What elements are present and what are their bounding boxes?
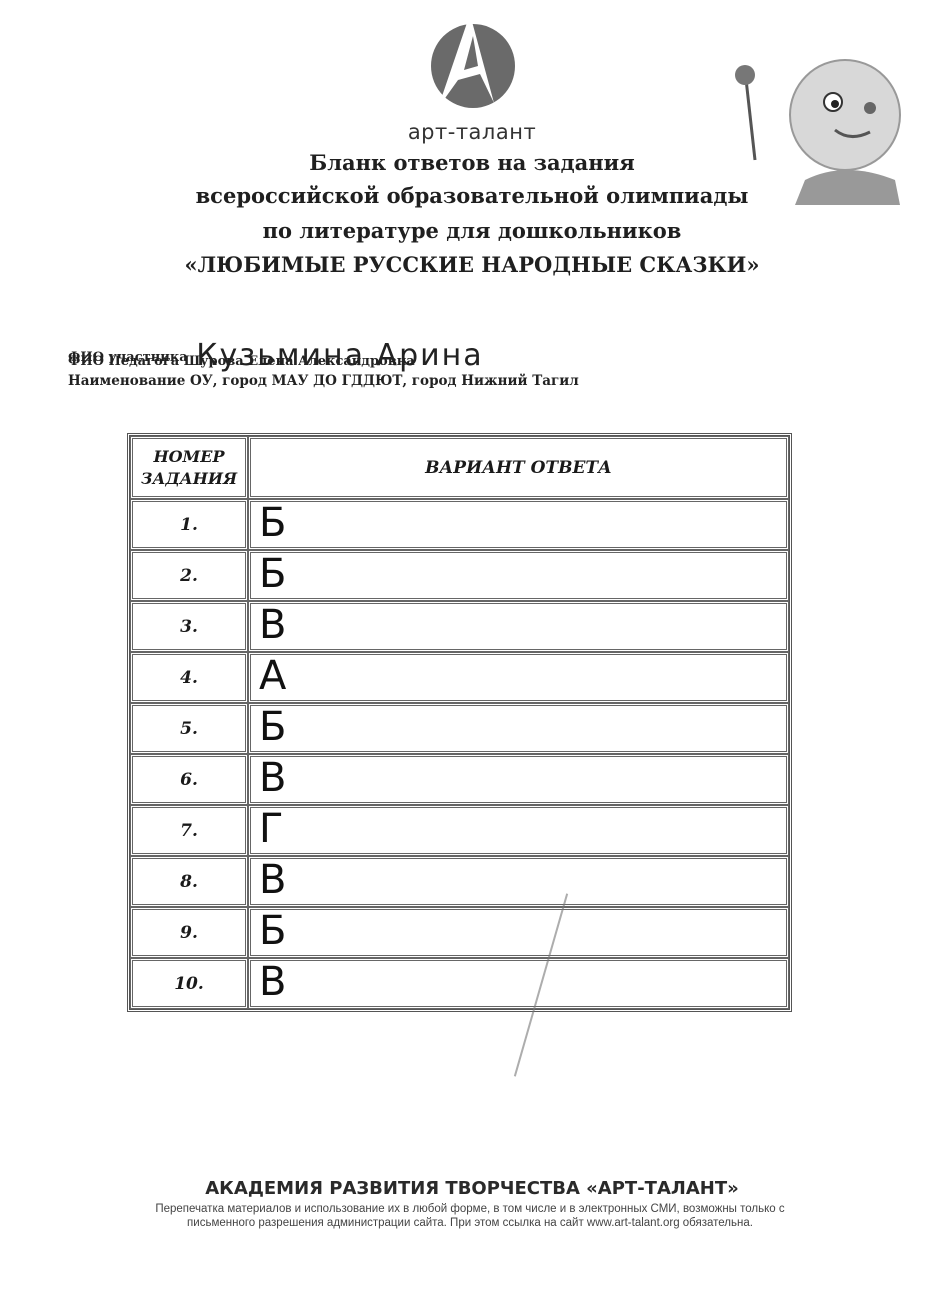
table-row: 6.В [130,754,789,805]
answer-cell: В [248,856,789,907]
organization-name: МАУ ДО ГДДЮТ, город Нижний Тагил [272,373,579,389]
handwritten-answer: В [259,957,286,1007]
table-row: 2.Б [130,550,789,601]
number-column-header: НОМЕР ЗАДАНИЯ [130,436,248,499]
handwritten-answer: В [259,855,286,905]
table-row: 10.В [130,958,789,1009]
teacher-name: Шурова Елена Александровна [184,354,415,369]
table-row: 1.Б [130,499,789,550]
answer-cell: В [248,754,789,805]
form-title-line-3: по литературе для дошкольников [0,218,944,243]
handwritten-answer: Б [259,549,286,599]
task-number: 10. [130,958,248,1009]
answer-cell: Б [248,703,789,754]
answers-table: НОМЕР ЗАДАНИЯ ВАРИАНТ ОТВЕТА 1.Б2.Б3.В4.… [127,433,792,1012]
teacher-label: ФИО Педагога [68,354,179,369]
organization-label: Наименование ОУ, город [68,373,267,389]
table-row: 7.Г [130,805,789,856]
footer-title: АКАДЕМИЯ РАЗВИТИЯ ТВОРЧЕСТВА «АРТ-ТАЛАНТ… [0,1178,944,1199]
answer-cell: Б [248,907,789,958]
task-number: 4. [130,652,248,703]
kolobok-mascot-icon [725,30,915,210]
task-number: 2. [130,550,248,601]
table-row: 3.В [130,601,789,652]
answer-cell: Г [248,805,789,856]
table-row: 8.В [130,856,789,907]
table-row: 9.Б [130,907,789,958]
handwritten-answer: В [259,600,286,650]
task-number: 9. [130,907,248,958]
handwritten-answer: Б [259,498,286,548]
handwritten-answer: В [259,753,286,803]
task-number: 1. [130,499,248,550]
answer-cell: Б [248,499,789,550]
form-title-line-4: «ЛЮБИМЫЕ РУССКИЕ НАРОДНЫЕ СКАЗКИ» [0,252,944,277]
art-talant-logo-icon [418,8,528,118]
answer-column-header: ВАРИАНТ ОТВЕТА [248,436,789,499]
answer-cell: А [248,652,789,703]
teacher-row: ФИО Педагога Шурова Елена Александровна [68,354,415,369]
answer-cell: В [248,601,789,652]
handwritten-answer: Б [259,702,286,752]
table-row: 5.Б [130,703,789,754]
task-number: 3. [130,601,248,652]
answer-cell: Б [248,550,789,601]
handwritten-answer: А [259,651,286,701]
handwritten-answer: Б [259,906,286,956]
footer-note: Перепечатка материалов и использование и… [90,1202,850,1230]
table-row: 4.А [130,652,789,703]
task-number: 6. [130,754,248,805]
answer-cell: В [248,958,789,1009]
task-number: 8. [130,856,248,907]
handwritten-answer: Г [259,804,283,854]
task-number: 5. [130,703,248,754]
organization-row: Наименование ОУ, город МАУ ДО ГДДЮТ, гор… [68,373,579,389]
task-number: 7. [130,805,248,856]
